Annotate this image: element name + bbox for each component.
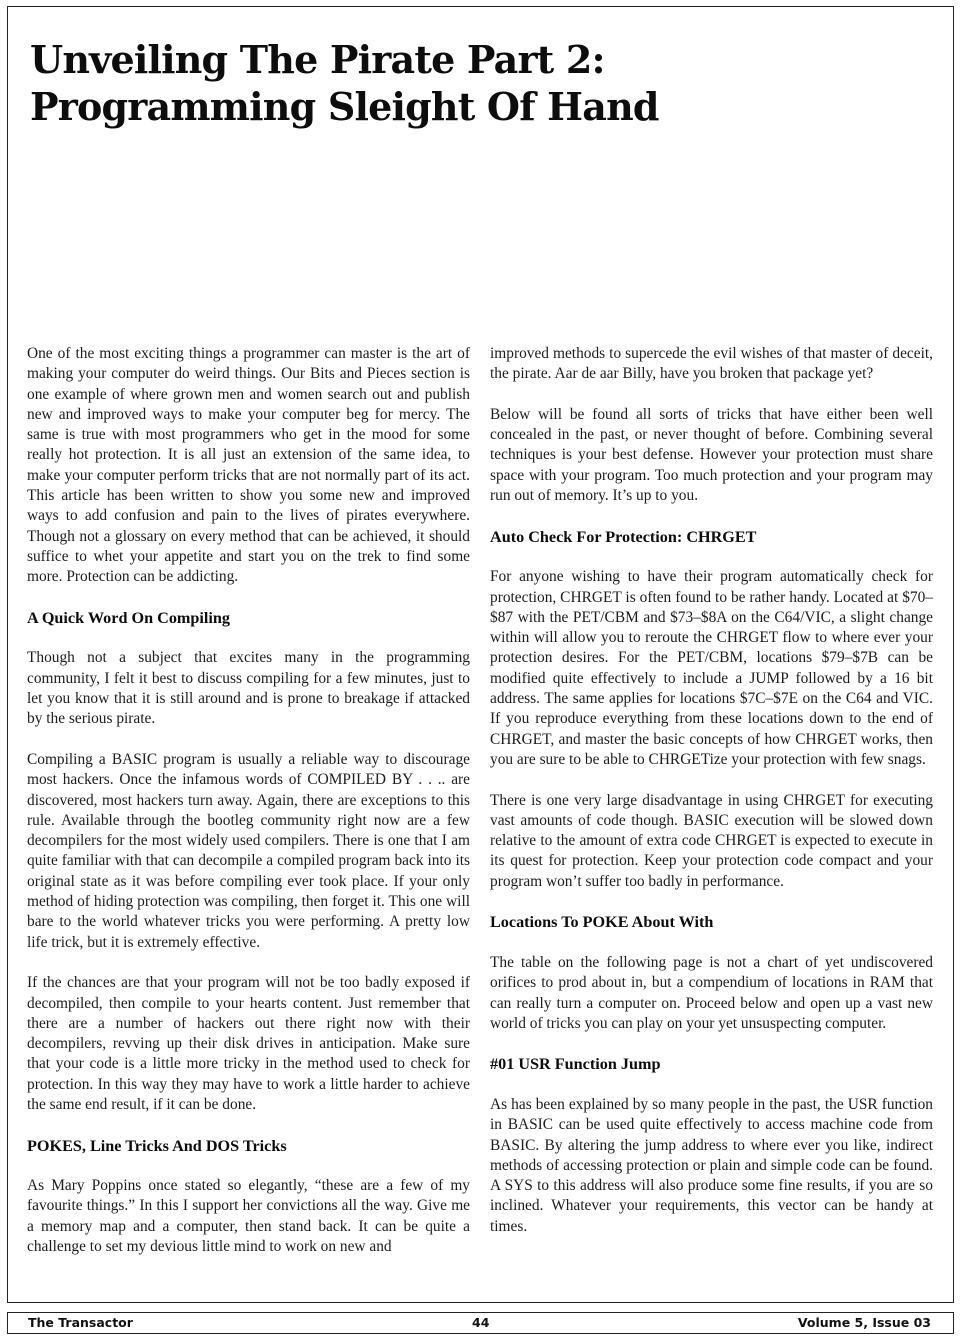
- left-column: One of the most exciting things a progra…: [27, 344, 470, 1278]
- paragraph-mary-poppins: As Mary Poppins once stated so elegantly…: [27, 1176, 470, 1257]
- paragraph-chrget-locations: For anyone wishing to have their program…: [490, 567, 933, 770]
- page-number: 44: [472, 1313, 489, 1332]
- article-title: Unveiling The Pirate Part 2: Programming…: [30, 36, 659, 130]
- heading-locations-to-poke: Locations To POKE About With: [490, 912, 933, 932]
- paragraph-table-following: The table on the following page is not a…: [490, 953, 933, 1034]
- page-footer: The Transactor 44 Volume 5, Issue 03: [7, 1312, 954, 1334]
- article-title-line-1: Unveiling The Pirate Part 2:: [30, 36, 659, 83]
- paragraph-compiling-basic: Compiling a BASIC program is usually a r…: [27, 750, 470, 953]
- issue-label: Volume 5, Issue 03: [798, 1313, 931, 1332]
- publication-name: The Transactor: [28, 1313, 133, 1332]
- paragraph-tricks-overview: Below will be found all sorts of tricks …: [490, 405, 933, 506]
- heading-quick-word-on-compiling: A Quick Word On Compiling: [27, 608, 470, 628]
- heading-usr-function-jump: #01 USR Function Jump: [490, 1054, 933, 1074]
- paragraph-usr-function: As has been explained by so many people …: [490, 1095, 933, 1237]
- paragraph-decompiled: If the chances are that your program wil…: [27, 973, 470, 1115]
- heading-auto-check-chrget: Auto Check For Protection: CHRGET: [490, 527, 933, 547]
- paragraph-intro: One of the most exciting things a progra…: [27, 344, 470, 588]
- paragraph-continued: improved methods to supercede the evil w…: [490, 344, 933, 385]
- right-column: improved methods to supercede the evil w…: [490, 344, 933, 1257]
- heading-pokes-line-dos-tricks: POKES, Line Tricks And DOS Tricks: [27, 1136, 470, 1156]
- paragraph-compiling-intro: Though not a subject that excites many i…: [27, 648, 470, 729]
- paragraph-chrget-disadvantage: There is one very large disadvantage in …: [490, 791, 933, 892]
- article-title-line-2: Programming Sleight Of Hand: [30, 83, 659, 130]
